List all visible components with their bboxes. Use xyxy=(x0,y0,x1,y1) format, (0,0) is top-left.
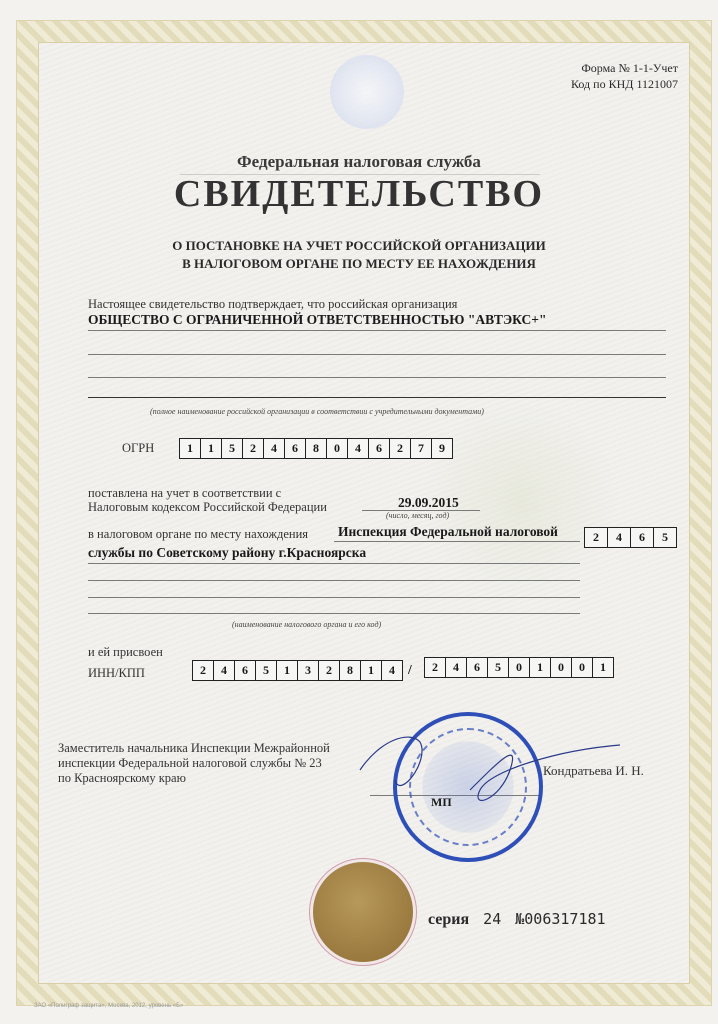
serial-number-block: серия 24 №006317181 xyxy=(428,910,606,929)
gold-seal-icon xyxy=(313,862,413,962)
series-label: серия xyxy=(428,911,469,928)
certificate-number: №006317181 xyxy=(515,910,605,928)
certificate-sheet: Форма № 1-1-Учет Код по КНД 1121007 Феде… xyxy=(0,0,718,1024)
printer-info: ЗАО «Полиграф защита», Москва, 2012, уро… xyxy=(34,1003,183,1009)
series-value: 24 xyxy=(483,910,501,928)
